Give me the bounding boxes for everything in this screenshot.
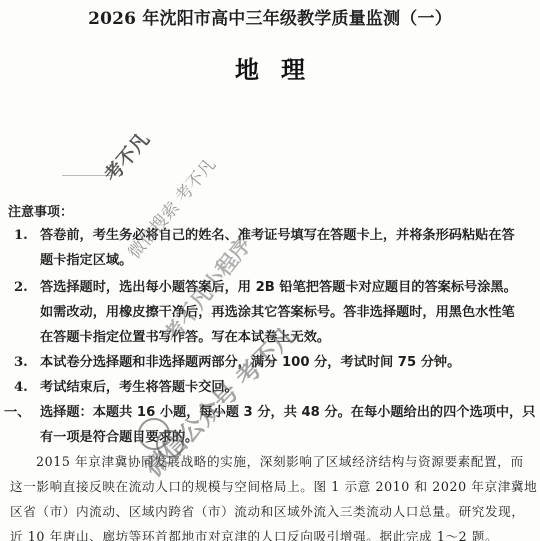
notice-item-text: 考试结束后，考生将答题卡交回。	[40, 380, 238, 395]
notice-item-text: 答卷前，考生务必将自己的姓名、准考证号填写在答题卡上，并将条形码粘贴在答	[40, 228, 515, 243]
notice-item-1-line-1: 1.答卷前，考生务必将自己的姓名、准考证号填写在答题卡上，并将条形码粘贴在答	[14, 224, 515, 243]
scan-artifact	[62, 175, 112, 176]
notice-item-2-line-1: 2.答选择题时，选出每小题答案后，用 2B 铅笔把答题卡对应题目的答案标号涂黑。	[14, 276, 517, 295]
exam-title: 2026 年沈阳市高中三年级教学质量监测（一）	[0, 4, 540, 29]
section-text: 选择题：本题共 16 小题，每小题 3 分，共 48 分。在每小题给出的四个选项…	[40, 405, 535, 420]
exam-page: 2026 年沈阳市高中三年级教学质量监测（一） 地理 注意事项： 1.答卷前，考…	[0, 0, 540, 541]
notice-item-1-line-2: 题卡指定区域。	[40, 249, 132, 268]
notice-item-text: 答选择题时，选出每小题答案后，用 2B 铅笔把答题卡对应题目的答案标号涂黑。	[40, 280, 517, 295]
watermark-circle-icon	[156, 430, 184, 458]
subject-title: 地理	[0, 50, 540, 85]
notice-item-number: 2.	[14, 280, 40, 295]
passage-line-1: 2015 年京津冀协同发展战略的实施，深刻影响了区域经济结构与资源要素配置，而	[36, 451, 524, 470]
passage-line-2: 这一影响直接反映在流动人口的规模与空间格局上。图 1 示意 2010 和 202…	[10, 476, 537, 495]
section-number: 一、	[4, 401, 40, 420]
watermark-search: 微信搜索 考不凡	[121, 152, 220, 263]
notice-item-text: 本试卷分选择题和非选择题两部分，满分 100 分，考试时间 75 分钟。	[40, 355, 460, 370]
passage-line-3: 区省（市）内流动、区域内跨省（市）流动和区域外流入三类流动人口总量。研究发现，	[10, 501, 525, 520]
notice-item-number: 1.	[14, 228, 40, 243]
notice-item-number: 3.	[14, 355, 40, 370]
section-heading-line-1: 一、选择题：本题共 16 小题，每小题 3 分，共 48 分。在每小题给出的四个…	[4, 401, 535, 420]
notice-item-number: 4.	[14, 380, 40, 395]
passage-line-4: 近 10 年唐山、廊坊等环首都地市对京津的人口反向吸引增强。据此完成 1～2 题…	[10, 526, 498, 541]
notice-item-2-line-3: 在答题卡指定位置书写作答。写在本试卷上无效。	[40, 326, 330, 345]
notice-heading: 注意事项：	[8, 201, 73, 220]
watermark-brand: 考不凡	[97, 126, 154, 187]
notice-item-2-line-2: 如需改动，用橡皮擦干净后，再选涂其它答案标号。答非选择题时，用黑色水性笔	[40, 301, 515, 320]
notice-item-3: 3.本试卷分选择题和非选择题两部分，满分 100 分，考试时间 75 分钟。	[14, 351, 460, 370]
notice-item-4: 4.考试结束后，考生将答题卡交回。	[14, 376, 238, 395]
